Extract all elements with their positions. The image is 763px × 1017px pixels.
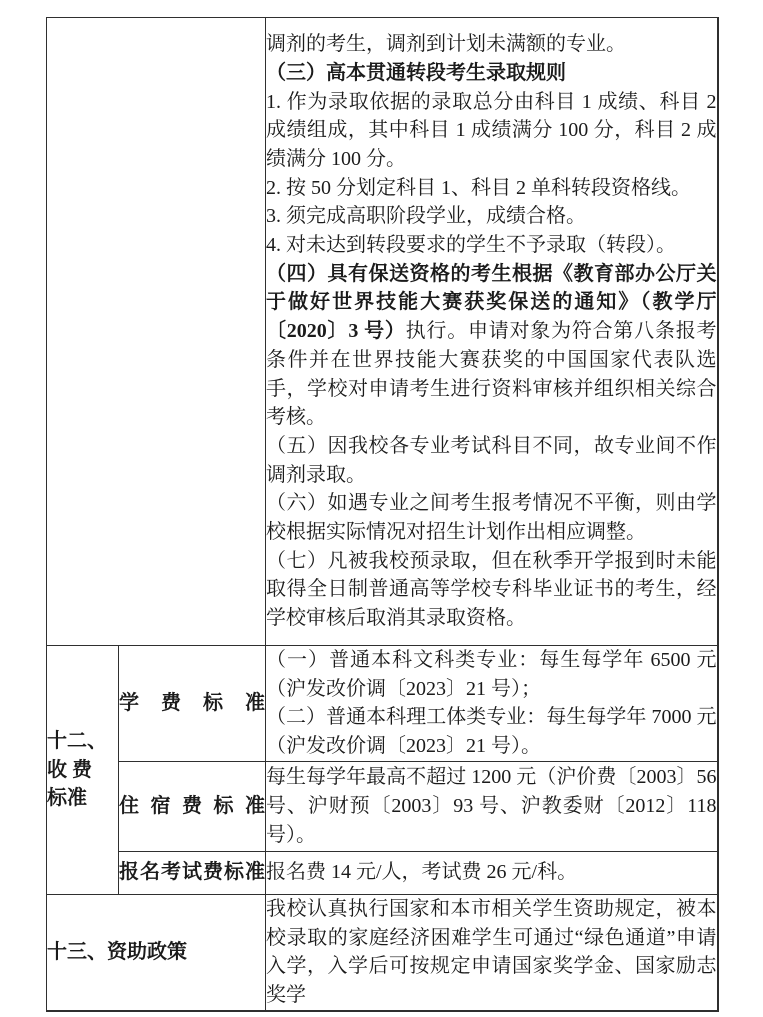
- tuition-label: 学费标准: [119, 646, 266, 762]
- rules-paragraph: （四）具有保送资格的考生根据《教育部办公厅关于做好世界技能大赛获奖保送的通知》（…: [266, 260, 717, 432]
- accommodation-fee-paragraph: 每生每学年最高不超过 1200 元（沪价费〔2003〕56 号、沪财预〔2003…: [266, 763, 717, 849]
- rules-content-cell: 调剂的考生，调剂到计划未满额的专业。 （三）高本贯通转段考生录取规则 1. 作为…: [266, 18, 718, 646]
- tuition-paragraph: （一）普通本科文科类专业：每生每学年 6500 元（沪发改价调〔2023〕21 …: [266, 646, 717, 703]
- rules-text: 调剂的考生，调剂到计划未满额的专业。: [266, 33, 626, 55]
- rules-paragraph: （五）因我校各专业考试科目不同，故专业间不作调剂录取。: [266, 432, 717, 489]
- exam-fee-label: 报名考试费标准: [119, 851, 266, 894]
- rules-text: 2. 按 50 分划定科目 1、科目 2 单科转段资格线。: [266, 177, 691, 199]
- fees-section-label: 十二、 收 费 标准: [47, 646, 119, 895]
- document-page: 调剂的考生，调剂到计划未满额的专业。 （三）高本贯通转段考生录取规则 1. 作为…: [0, 0, 763, 1017]
- accommodation-fee-label: 住宿费标准: [119, 761, 266, 851]
- aid-content-cell: 我校认真执行国家和本市相关学生资助规定，被本校录取的家庭经济困难学生可通过“绿色…: [266, 894, 718, 1010]
- rules-row-empty-label-cell: [47, 18, 266, 646]
- rules-paragraph: （七）凡被我校预录取，但在秋季开学报到时未能取得全日制普通高等学校专科毕业证书的…: [266, 547, 717, 633]
- rules-paragraph: 调剂的考生，调剂到计划未满额的专业。: [266, 30, 717, 59]
- accommodation-fee-content-cell: 每生每学年最高不超过 1200 元（沪价费〔2003〕56 号、沪财预〔2003…: [266, 761, 718, 851]
- rules-text: 3. 须完成高职阶段学业，成绩合格。: [266, 205, 586, 227]
- table-row: 报名考试费标准 报名费 14 元/人，考试费 26 元/科。: [47, 851, 718, 894]
- exam-fee-content-cell: 报名费 14 元/人，考试费 26 元/科。: [266, 851, 718, 894]
- rules-paragraph: 3. 须完成高职阶段学业，成绩合格。: [266, 202, 717, 231]
- rules-text: 4. 对未达到转段要求的学生不予录取（转段）。: [266, 234, 676, 256]
- table-row: 调剂的考生，调剂到计划未满额的专业。 （三）高本贯通转段考生录取规则 1. 作为…: [47, 18, 718, 646]
- aid-paragraph: 我校认真执行国家和本市相关学生资助规定，被本校录取的家庭经济困难学生可通过“绿色…: [266, 895, 717, 1010]
- rules-heading-3: （三）高本贯通转段考生录取规则: [266, 62, 566, 84]
- table-row: 十三、资助政策 我校认真执行国家和本市相关学生资助规定，被本校录取的家庭经济困难…: [47, 894, 718, 1010]
- rules-paragraph: 1. 作为录取依据的录取总分由科目 1 成绩、科目 2 成绩组成，其中科目 1 …: [266, 88, 717, 174]
- exam-fee-paragraph: 报名费 14 元/人，考试费 26 元/科。: [266, 858, 717, 887]
- rules-text: （七）凡被我校预录取，但在秋季开学报到时未能取得全日制普通高等学校专科毕业证书的…: [266, 550, 717, 629]
- rules-paragraph: 4. 对未达到转段要求的学生不予录取（转段）。: [266, 231, 717, 260]
- rules-paragraph: （三）高本贯通转段考生录取规则: [266, 59, 717, 88]
- rules-text: （六）如遇专业之间考生报考情况不平衡，则由学校根据实际情况对招生计划作出相应调整…: [266, 492, 717, 543]
- admissions-table: 调剂的考生，调剂到计划未满额的专业。 （三）高本贯通转段考生录取规则 1. 作为…: [46, 17, 719, 1012]
- rules-paragraph: （六）如遇专业之间考生报考情况不平衡，则由学校根据实际情况对招生计划作出相应调整…: [266, 489, 717, 546]
- aid-section-label: 十三、资助政策: [47, 894, 266, 1010]
- tuition-paragraph: （二）普通本科理工体类专业：每生每学年 7000 元（沪发改价调〔2023〕21…: [266, 703, 717, 760]
- rules-text: 1. 作为录取依据的录取总分由科目 1 成绩、科目 2 成绩组成，其中科目 1 …: [266, 91, 717, 170]
- rules-paragraph: 2. 按 50 分划定科目 1、科目 2 单科转段资格线。: [266, 174, 717, 203]
- tuition-content-cell: （一）普通本科文科类专业：每生每学年 6500 元（沪发改价调〔2023〕21 …: [266, 646, 718, 762]
- table-row: 住宿费标准 每生每学年最高不超过 1200 元（沪价费〔2003〕56 号、沪财…: [47, 761, 718, 851]
- table-row: 十二、 收 费 标准 学费标准 （一）普通本科文科类专业：每生每学年 6500 …: [47, 646, 718, 762]
- rules-text: （五）因我校各专业考试科目不同，故专业间不作调剂录取。: [266, 435, 717, 486]
